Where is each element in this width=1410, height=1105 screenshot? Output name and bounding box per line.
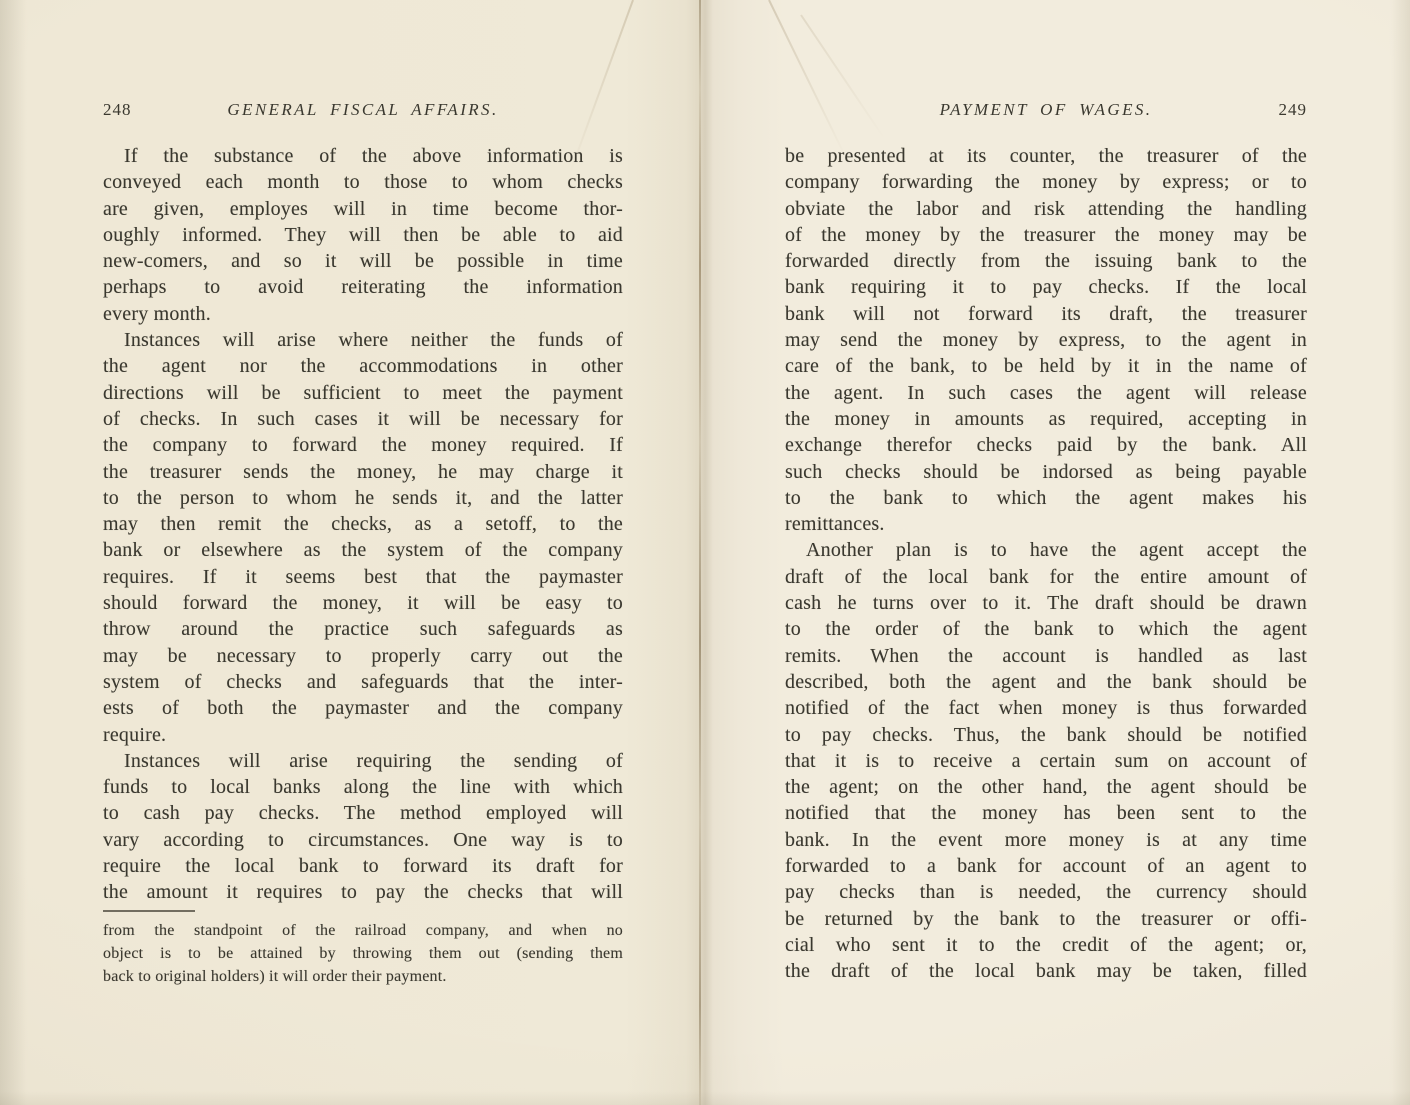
- paragraph: Instances will arise where neither the f…: [103, 327, 623, 748]
- text-line: bank or elsewhere as the system of the c…: [103, 537, 623, 563]
- text-line: exchange therefor checks paid by the ban…: [785, 432, 1307, 458]
- page-number-right: 249: [1255, 100, 1307, 120]
- page-edge-shadow-left: [0, 0, 26, 1105]
- text-line: pay checks than is needed, the currency …: [785, 879, 1307, 905]
- text-line: care of the bank, to be held by it in th…: [785, 353, 1307, 379]
- page-number-left: 248: [103, 100, 155, 120]
- text-line: of checks. In such cases it will be nece…: [103, 406, 623, 432]
- text-line: to pay checks. Thus, the bank should be …: [785, 722, 1307, 748]
- text-line: cash he turns over to it. The draft shou…: [785, 590, 1307, 616]
- text-line: forwarded directly from the issuing bank…: [785, 248, 1307, 274]
- text-line: described, both the agent and the bank s…: [785, 669, 1307, 695]
- text-line: to cash pay checks. The method employed …: [103, 800, 623, 826]
- footnote-text: from the standpoint of the railroad comp…: [103, 919, 623, 989]
- text-line: requires. If it seems best that the paym…: [103, 564, 623, 590]
- page-body-left: If the substance of the above informatio…: [103, 143, 623, 906]
- text-line: remits. When the account is handled as l…: [785, 643, 1307, 669]
- text-line: Another plan is to have the agent accept…: [785, 537, 1307, 563]
- text-line: from the standpoint of the railroad comp…: [103, 919, 623, 942]
- text-line: the amount it requires to pay the checks…: [103, 879, 623, 905]
- paragraph: from the standpoint of the railroad comp…: [103, 919, 623, 989]
- text-line: bank will not forward its draft, the tre…: [785, 301, 1307, 327]
- page-header-right: PAYMENT OF WAGES. 249: [785, 100, 1307, 120]
- text-line: require.: [103, 722, 623, 748]
- text-line: bank requiring it to pay checks. If the …: [785, 274, 1307, 300]
- text-line: forwarded to a bank for account of an ag…: [785, 853, 1307, 879]
- text-line: of the money by the treasurer the money …: [785, 222, 1307, 248]
- text-line: obviate the labor and risk attending the…: [785, 196, 1307, 222]
- paragraph: Instances will arise requiring the sendi…: [103, 748, 623, 906]
- page-right: PAYMENT OF WAGES. 249 be presented at it…: [785, 100, 1307, 985]
- text-line: the agent; on the other hand, the agent …: [785, 774, 1307, 800]
- text-line: throw around the practice such safeguard…: [103, 616, 623, 642]
- text-line: If the substance of the above informatio…: [103, 143, 623, 169]
- page-left: 248 GENERAL FISCAL AFFAIRS. If the subst…: [103, 100, 623, 988]
- text-line: Instances will arise where neither the f…: [103, 327, 623, 353]
- text-line: be returned by the bank to the treasurer…: [785, 906, 1307, 932]
- text-line: such checks should be indorsed as being …: [785, 459, 1307, 485]
- text-line: to the order of the bank to which the ag…: [785, 616, 1307, 642]
- text-line: may send the money by express, to the ag…: [785, 327, 1307, 353]
- text-line: to the person to whom he sends it, and t…: [103, 485, 623, 511]
- text-line: funds to local banks along the line with…: [103, 774, 623, 800]
- page-edge-shadow-bottom: [0, 1091, 1410, 1105]
- footnote-rule: [103, 910, 195, 912]
- page-header-left: 248 GENERAL FISCAL AFFAIRS.: [103, 100, 623, 120]
- paragraph: be presented at its counter, the treasur…: [785, 143, 1307, 537]
- page-edge-shadow-right: [1392, 0, 1410, 1105]
- text-line: the company to forward the money require…: [103, 432, 623, 458]
- text-line: oughly informed. They will then be able …: [103, 222, 623, 248]
- text-line: bank. In the event more money is at any …: [785, 827, 1307, 853]
- text-line: should forward the money, it will be eas…: [103, 590, 623, 616]
- paragraph: If the substance of the above informatio…: [103, 143, 623, 327]
- book-spread: 248 GENERAL FISCAL AFFAIRS. If the subst…: [0, 0, 1410, 1105]
- text-line: the agent nor the accommodations in othe…: [103, 353, 623, 379]
- text-line: may then remit the checks, as a setoff, …: [103, 511, 623, 537]
- text-line: may be necessary to properly carry out t…: [103, 643, 623, 669]
- text-line: remittances.: [785, 511, 1307, 537]
- text-line: perhaps to avoid reiterating the informa…: [103, 274, 623, 300]
- text-line: system of checks and safeguards that the…: [103, 669, 623, 695]
- text-line: company forwarding the money by express;…: [785, 169, 1307, 195]
- text-line: the draft of the local bank may be taken…: [785, 958, 1307, 984]
- paragraph: Another plan is to have the agent accept…: [785, 537, 1307, 984]
- text-line: are given, employes will in time become …: [103, 196, 623, 222]
- text-line: to the bank to which the agent makes his: [785, 485, 1307, 511]
- text-line: vary according to circumstances. One way…: [103, 827, 623, 853]
- text-line: notified of the fact when money is thus …: [785, 695, 1307, 721]
- text-line: ests of both the paymaster and the compa…: [103, 695, 623, 721]
- text-line: the agent. In such cases the agent will …: [785, 380, 1307, 406]
- text-line: conveyed each month to those to whom che…: [103, 169, 623, 195]
- text-line: the money in amounts as required, accept…: [785, 406, 1307, 432]
- book-gutter-shadow: [625, 0, 785, 1105]
- text-line: be presented at its counter, the treasur…: [785, 143, 1307, 169]
- text-line: cial who sent it to the credit of the ag…: [785, 932, 1307, 958]
- book-gutter-crease: [699, 0, 701, 1105]
- text-line: require the local bank to forward its dr…: [103, 853, 623, 879]
- footnote: from the standpoint of the railroad comp…: [103, 910, 623, 989]
- running-head-right: PAYMENT OF WAGES.: [837, 100, 1255, 120]
- text-line: that it is to receive a certain sum on a…: [785, 748, 1307, 774]
- text-line: new-comers, and so it will be possible i…: [103, 248, 623, 274]
- text-line: draft of the local bank for the entire a…: [785, 564, 1307, 590]
- text-line: directions will be sufficient to meet th…: [103, 380, 623, 406]
- running-head-left: GENERAL FISCAL AFFAIRS.: [155, 100, 571, 120]
- text-line: notified that the money has been sent to…: [785, 800, 1307, 826]
- text-line: back to original holders) it will order …: [103, 965, 623, 988]
- text-line: Instances will arise requiring the sendi…: [103, 748, 623, 774]
- page-body-right: be presented at its counter, the treasur…: [785, 143, 1307, 985]
- text-line: the treasurer sends the money, he may ch…: [103, 459, 623, 485]
- text-line: every month.: [103, 301, 623, 327]
- text-line: object is to be attained by throwing the…: [103, 942, 623, 965]
